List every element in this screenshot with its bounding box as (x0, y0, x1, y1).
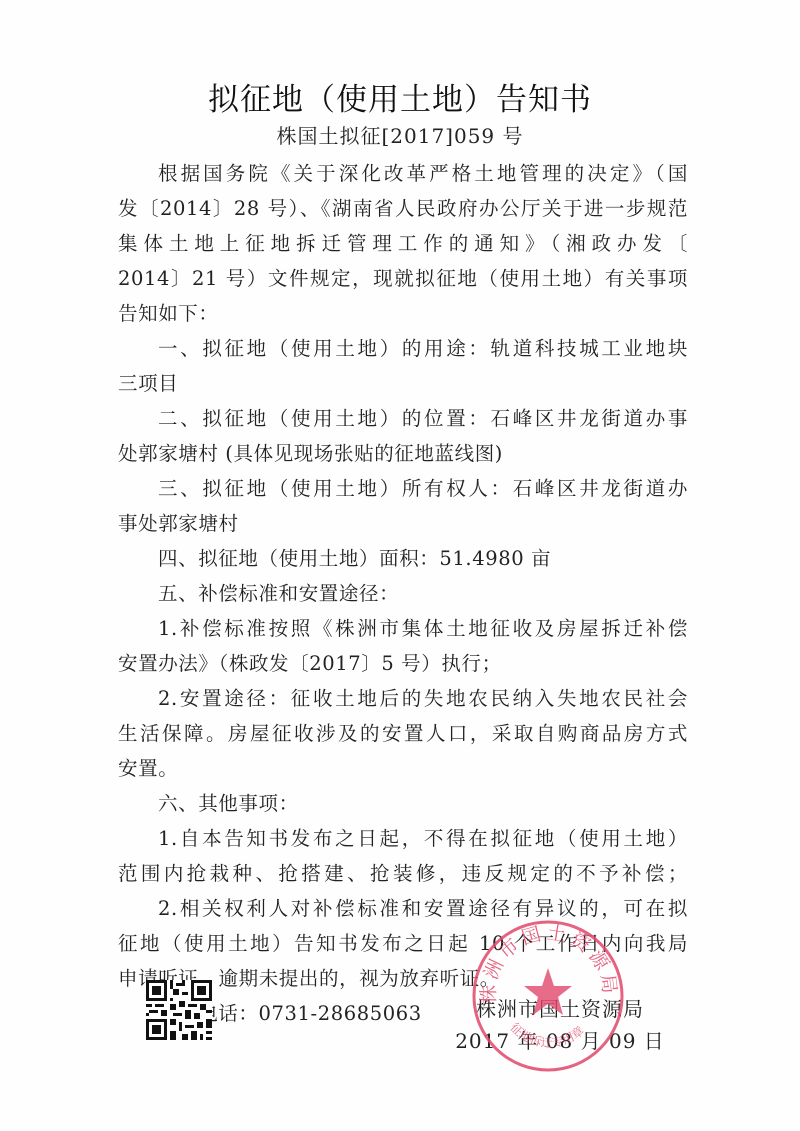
intro-line-3: 集体土地上征地拆迁管理工作的通知》（湘政办发〔 (118, 228, 688, 256)
intro-line-1: 根据国务院《关于深化改革严格土地管理的决定》（国 (158, 158, 688, 186)
item-5-2-line-3: 安置。 (118, 753, 688, 781)
item-5-heading: 五、补偿标准和安置途径： (158, 578, 688, 606)
item-5-2-line-1: 2.安置途径：征收土地后的失地农民纳入失地农民社会 (158, 683, 688, 711)
item-4-area: 四、拟征地（使用土地）面积：51.4980 亩 (158, 543, 688, 571)
item-6-heading: 六、其他事项： (158, 788, 688, 816)
document-title: 拟征地（使用土地）告知书 (0, 74, 800, 119)
item-3-line-2: 事处郭家塘村 (118, 508, 688, 536)
qr-code-icon[interactable] (146, 980, 212, 1040)
item-5-1-line-1: 1.补偿标准按照《株洲市集体土地征收及房屋拆迁补偿 (158, 613, 688, 641)
item-1-line-2: 三项目 (118, 368, 688, 396)
document-number: 株国土拟征[2017]059 号 (0, 120, 800, 149)
official-seal-icon: 株洲市国土资源局 征地拆迁专用章 (468, 916, 628, 1076)
item-1-line-1: 一、拟征地（使用土地）的用途：轨道科技城工业地块 (158, 333, 688, 361)
svg-text:征地拆迁专用章: 征地拆迁专用章 (508, 1020, 587, 1050)
intro-line-4: 2014〕21 号）文件规定，现就拟征地（使用土地）有关事项 (118, 263, 688, 291)
item-5-1-line-2: 安置办法》（株政发〔2017〕5 号）执行； (118, 648, 688, 676)
item-6-1-line-1: 1.自本告知书发布之日起，不得在拟征地（使用土地） (158, 823, 688, 851)
item-2-line-2: 处郭家塘村 (具体见现场张贴的征地蓝线图) (118, 438, 688, 466)
intro-line-5: 告知如下： (118, 298, 688, 326)
item-3-line-1: 三、拟征地（使用土地）所有权人：石峰区井龙街道办 (158, 473, 688, 501)
document-page: 拟征地（使用土地）告知书 株国土拟征[2017]059 号 根据国务院《关于深化… (0, 0, 800, 1131)
item-5-2-line-2: 生活保障。房屋征收涉及的安置人口，采取自购商品房方式 (118, 718, 688, 746)
item-6-1-line-2: 范围内抢栽种、抢搭建、抢装修，违反规定的不予补偿； (118, 858, 688, 886)
item-2-line-1: 二、拟征地（使用土地）的位置：石峰区井龙街道办事 (158, 403, 688, 431)
intro-line-2: 发〔2014〕28 号）、《湖南省人民政府办公厅关于进一步规范 (118, 193, 688, 221)
